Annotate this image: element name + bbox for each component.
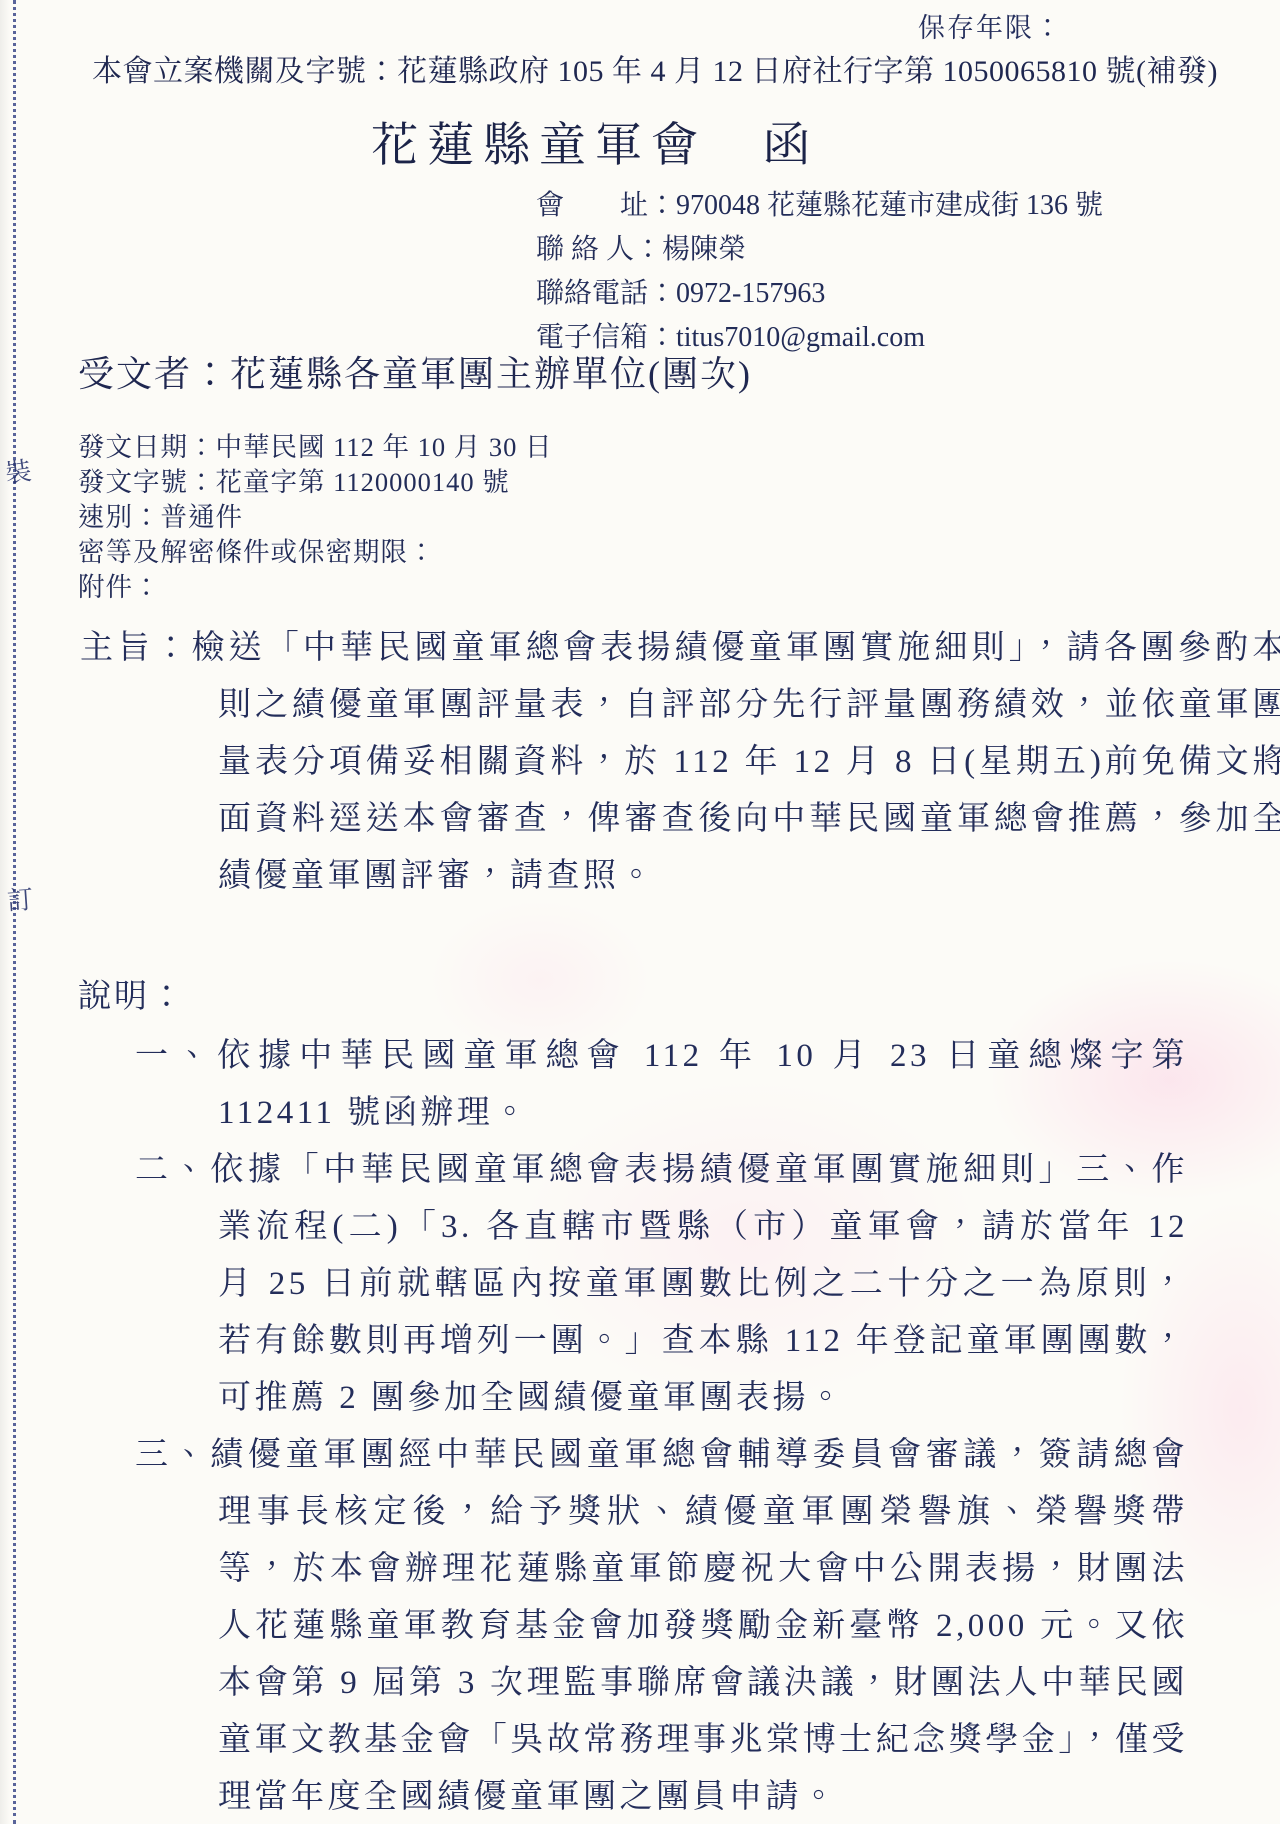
item-number: 一、 xyxy=(135,1038,217,1074)
binding-mark-zhuang: 裝 xyxy=(3,450,34,490)
item-text: 依據「中華民國童軍總會表揚績優童軍團實施細則」三、作業流程(二)「3. 各直轄市… xyxy=(210,1152,1188,1416)
item-text: 績優童軍團經中華民國童軍總會輔導委員會審議，簽請總會理事長核定後，給予獎狀、績優… xyxy=(210,1437,1188,1815)
subject-paragraph: 主旨：檢送「中華民國童軍總會表揚績優童軍團實施細則」，請各團參酌本細則之績優童軍… xyxy=(80,620,1280,905)
attachment-line: 附件： xyxy=(78,570,553,605)
recipient-line: 受文者：花蓮縣各童軍團主辦單位(團次) xyxy=(78,346,752,397)
priority-line: 速別：普通件 xyxy=(78,500,553,535)
explanation-label: 說明： xyxy=(78,970,186,1017)
issue-date-line: 發文日期：中華民國 112 年 10 月 30 日 xyxy=(78,430,553,465)
item-text: 依據中華民國童軍總會 112 年 10 月 23 日童總燦字第 112411 號… xyxy=(217,1038,1188,1131)
security-line: 密等及解密條件或保密期限： xyxy=(78,535,553,570)
explanation-item-1: 一、依據中華民國童軍總會 112 年 10 月 23 日童總燦字第 112411… xyxy=(135,1028,1188,1142)
explanation-item-3: 三、績優童軍團經中華民國童軍總會輔導委員會審議，簽請總會理事長核定後，給予獎狀、… xyxy=(135,1427,1188,1824)
registration-number-line: 本會立案機關及字號：花蓮縣政府 105 年 4 月 12 日府社行字第 1050… xyxy=(92,46,1218,90)
explanation-list: 一、依據中華民國童軍總會 112 年 10 月 23 日童總燦字第 112411… xyxy=(80,1028,1188,1824)
contact-address: 會 址：970048 花蓮縣花蓮市建成街 136 號 xyxy=(536,184,1103,228)
item-number: 三、 xyxy=(135,1437,210,1473)
document-title: 花蓮縣童軍會 函 xyxy=(0,108,1190,175)
document-meta-block: 發文日期：中華民國 112 年 10 月 30 日 發文字號：花童字第 1120… xyxy=(78,430,553,605)
contact-block: 會 址：970048 花蓮縣花蓮市建成街 136 號 聯 絡 人：楊陳榮 聯絡電… xyxy=(536,184,1103,360)
explanation-item-2: 二、依據「中華民國童軍總會表揚績優童軍團實施細則」三、作業流程(二)「3. 各直… xyxy=(135,1142,1188,1427)
retention-period-label: 保存年限： xyxy=(918,6,1063,45)
contact-person: 聯 絡 人：楊陳榮 xyxy=(536,228,1103,272)
subject-text: 檢送「中華民國童軍總會表揚績優童軍團實施細則」，請各團參酌本細則之績優童軍團評量… xyxy=(191,630,1280,894)
issue-number-line: 發文字號：花童字第 1120000140 號 xyxy=(78,465,553,500)
binding-mark-ding: 訂 xyxy=(6,879,35,918)
item-number: 二、 xyxy=(135,1152,210,1188)
contact-phone: 聯絡電話：0972-157963 xyxy=(536,272,1103,316)
subject-label: 主旨： xyxy=(80,630,191,666)
